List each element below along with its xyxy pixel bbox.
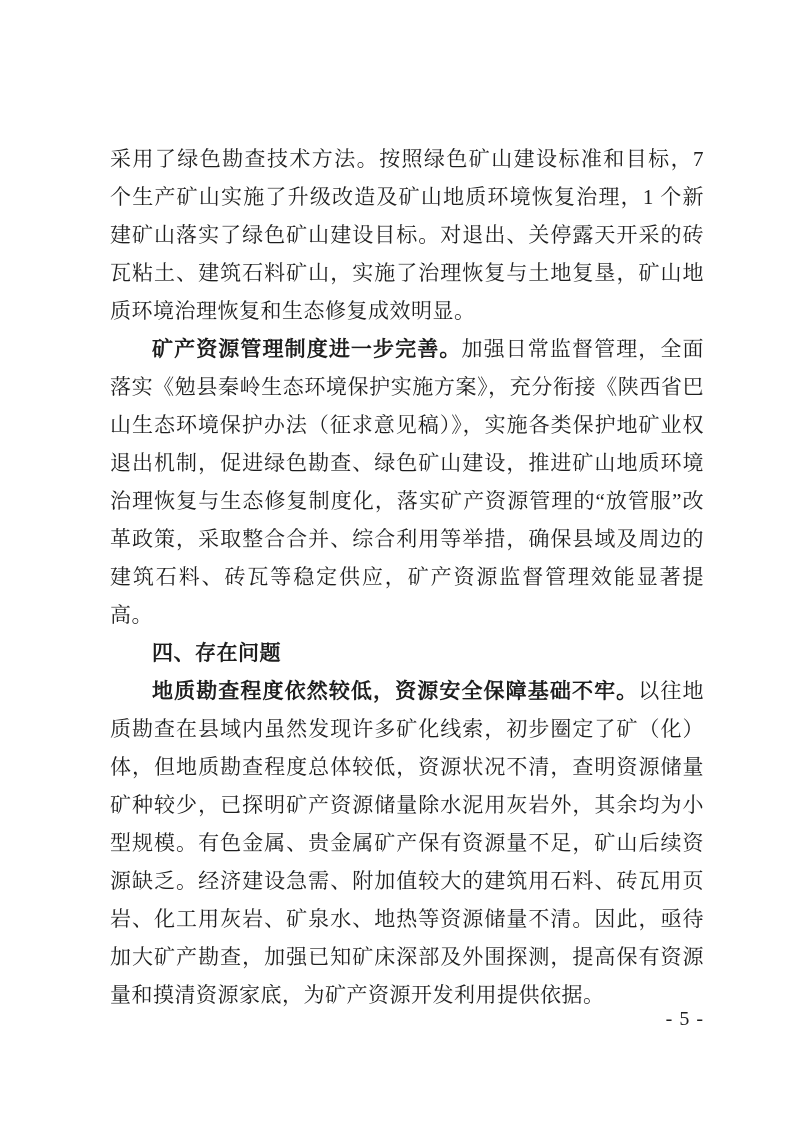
paragraph-lead-bold: 矿产资源管理制度进一步完善。 xyxy=(152,337,461,361)
paragraph-lead-bold: 地质勘查程度依然较低，资源安全保障基础不牢。 xyxy=(152,679,638,703)
paragraph-green-mining: 采用了绿色勘查技术方法。按照绿色矿山建设标准和目标，7 个生产矿山实施了升级改造… xyxy=(110,140,704,330)
section-heading-text: 四、存在问题 xyxy=(152,641,281,665)
paragraph-text: 以往地质勘查在县域内虽然发现许多矿化线索，初步圈定了矿（化）体，但地质勘查程度总… xyxy=(110,679,704,1007)
paragraph-text: 加强日常监督管理，全面落实《勉县秦岭生态环境保护实施方案》，充分衔接《陕西省巴山… xyxy=(110,337,704,627)
paragraph-management-system: 矿产资源管理制度进一步完善。加强日常监督管理，全面落实《勉县秦岭生态环境保护实施… xyxy=(110,330,704,634)
paragraph-text: 采用了绿色勘查技术方法。按照绿色矿山建设标准和目标，7 个生产矿山实施了升级改造… xyxy=(110,147,704,323)
page-number: - 5 - xyxy=(666,1006,704,1032)
paragraph-exploration-level: 地质勘查程度依然较低，资源安全保障基础不牢。以往地质勘查在县域内虽然发现许多矿化… xyxy=(110,672,704,1014)
document-page: 采用了绿色勘查技术方法。按照绿色矿山建设标准和目标，7 个生产矿山实施了升级改造… xyxy=(0,0,793,1122)
section-heading-problems: 四、存在问题 xyxy=(110,634,704,672)
document-body: 采用了绿色勘查技术方法。按照绿色矿山建设标准和目标，7 个生产矿山实施了升级改造… xyxy=(110,140,704,1014)
